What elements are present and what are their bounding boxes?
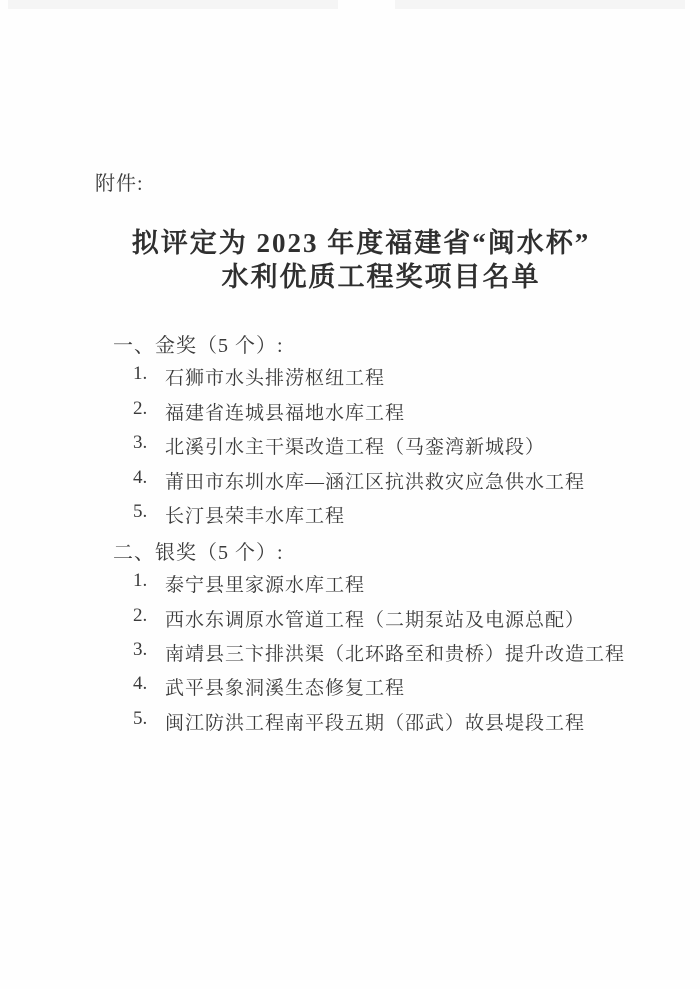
list-item: 3.北溪引水主干渠改造工程（马銮湾新城段） [0,432,700,466]
list-item-number: 2. [133,605,165,627]
document-title-line1: 拟评定为 2023 年度福建省“闽水杯” [11,226,700,260]
list-item-text: 福建省连城县福地水库工程 [165,398,405,425]
list-item: 3.南靖县三卞排洪渠（北环路至和贵桥）提升改造工程 [0,639,700,673]
list-item: 1.泰宁县里家源水库工程 [0,570,700,604]
list-item-number: 2. [133,398,165,420]
list-item-text: 石狮市水头排涝枢纽工程 [165,363,385,390]
list-item-text: 北溪引水主干渠改造工程（马銮湾新城段） [165,432,545,459]
list-item-text: 泰宁县里家源水库工程 [165,570,365,597]
list-item: 5.闽江防洪工程南平段五期（邵武）故县堤段工程 [0,708,700,742]
list-item: 5.长汀县荣丰水库工程 [0,501,700,535]
list-item: 4.莆田市东圳水库—涵江区抗洪救灾应急供水工程 [0,467,700,501]
list-item-text: 武平县象洞溪生态修复工程 [165,673,405,700]
list-item-number: 1. [133,363,165,385]
attachment-label: 附件: [95,167,144,196]
list-item-number: 5. [133,501,165,523]
scan-artifact-top-right [395,0,685,9]
list-item-number: 4. [133,467,165,489]
list-item: 1.石狮市水头排涝枢纽工程 [0,363,700,397]
list-item-number: 1. [133,570,165,592]
list-item-number: 5. [133,708,165,730]
list-item: 2.西水东调原水管道工程（二期泵站及电源总配） [0,605,700,639]
list-item-number: 3. [133,432,165,454]
section-heading: 一、金奖（5 个）: [0,329,700,363]
section-heading: 二、银奖（5 个）: [0,536,700,570]
list-item-text: 西水东调原水管道工程（二期泵站及电源总配） [165,605,585,632]
list-item-number: 3. [133,639,165,661]
list-item: 2.福建省连城县福地水库工程 [0,398,700,432]
document-title: 拟评定为 2023 年度福建省“闽水杯” 水利优质工程奖项目名单 [0,226,700,294]
list-item-text: 闽江防洪工程南平段五期（邵武）故县堤段工程 [165,708,585,735]
award-list: 一、金奖（5 个）:1.石狮市水头排涝枢纽工程2.福建省连城县福地水库工程3.北… [0,329,700,742]
scan-artifact-top-left [8,0,338,9]
document-title-line2: 水利优质工程奖项目名单 [31,260,700,294]
list-item-number: 4. [133,673,165,695]
list-item-text: 南靖县三卞排洪渠（北环路至和贵桥）提升改造工程 [165,639,625,666]
list-item: 4.武平县象洞溪生态修复工程 [0,673,700,707]
document-page: 附件: 拟评定为 2023 年度福建省“闽水杯” 水利优质工程奖项目名单 一、金… [0,0,700,989]
list-item-text: 莆田市东圳水库—涵江区抗洪救灾应急供水工程 [165,467,585,494]
list-item-text: 长汀县荣丰水库工程 [165,501,345,528]
